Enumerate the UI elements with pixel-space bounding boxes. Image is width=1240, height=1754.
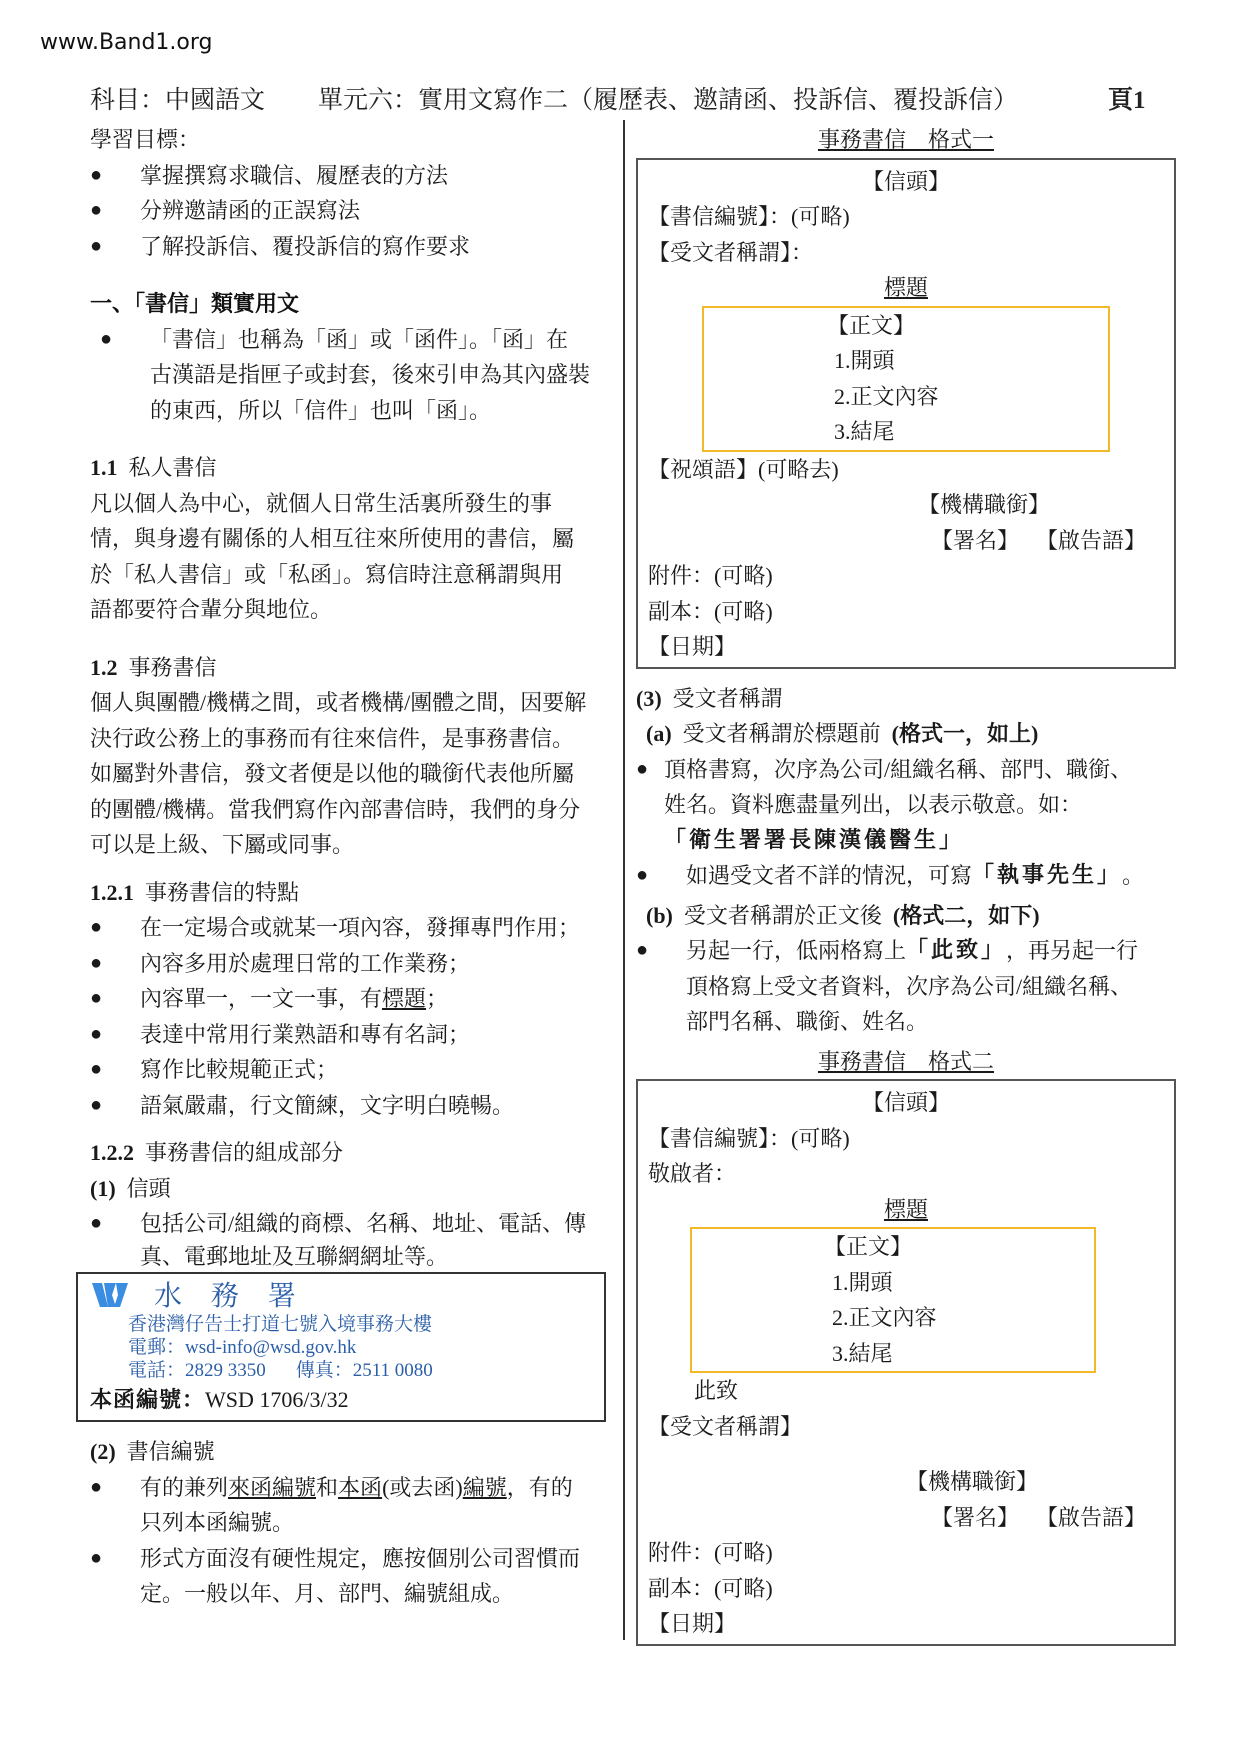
bullet-icon: ● bbox=[90, 981, 140, 1017]
p3-heading: (3) 受文者稱謂 bbox=[636, 681, 1176, 717]
format2-ref: 【書信編號】：(可略) bbox=[648, 1121, 1164, 1157]
s12-text: 的團體/機構。當我們寫作內部書信時，我們的身分 bbox=[90, 792, 610, 828]
pa-bullet: ●頂格書寫，次序為公司/組織名稱、部門、職銜、 bbox=[636, 752, 1176, 788]
format1-body-item: 2.正文內容 bbox=[704, 379, 1108, 415]
p2-text: 定。一般以年、月、部門、編號組成。 bbox=[90, 1576, 610, 1612]
s121-heading: 1.2.1 事務書信的特點 bbox=[90, 875, 610, 911]
letterhead-sample: 水 務 署 香港灣仔告士打道七號入境事務大樓 電郵：wsd-info@wsd.g… bbox=[76, 1272, 606, 1423]
letterhead-ref: 本函編號：WSD 1706/3/32 bbox=[90, 1384, 604, 1416]
format2-body-item: 3.結尾 bbox=[692, 1336, 1094, 1372]
format1-closing: 【祝頌語】(可略去) bbox=[648, 452, 1164, 488]
page-number: 頁1 bbox=[1108, 80, 1146, 116]
s122-heading: 1.2.2 事務書信的組成部分 bbox=[90, 1135, 610, 1171]
pa-text: 姓名。資料應盡量列出，以表示敬意。如： bbox=[636, 787, 1176, 823]
feature-item: ●寫作比較規範正式； bbox=[90, 1052, 610, 1088]
s11-heading: 1.1 私人書信 bbox=[90, 450, 610, 486]
letterhead-email: 電郵：wsd-info@wsd.gov.hk bbox=[90, 1336, 604, 1359]
bullet-icon: ● bbox=[90, 910, 140, 946]
format1-body-item: 3.結尾 bbox=[704, 414, 1108, 450]
s11-text: 凡以個人為中心，就個人日常生活裏所發生的事 bbox=[90, 486, 610, 522]
feature-item: ●在一定場合或就某一項內容，發揮專門作用； bbox=[90, 910, 610, 946]
bullet-icon: ● bbox=[90, 1470, 140, 1506]
site-url: www.Band1.org bbox=[40, 30, 213, 55]
bullet-icon: ● bbox=[90, 193, 140, 229]
objective-item: ●掌握撰寫求職信、履歷表的方法 bbox=[90, 158, 610, 194]
column-divider bbox=[623, 120, 625, 1640]
format2-body-title: 【正文】 bbox=[692, 1229, 1044, 1265]
bullet-icon: ● bbox=[636, 858, 686, 894]
bullet-icon: ● bbox=[90, 158, 140, 194]
format2-org-title: 【機構職銜】 bbox=[648, 1464, 1164, 1500]
bullet-icon: ● bbox=[90, 946, 140, 982]
p2-bullet: ●有的兼列來函編號和本函(或去函)編號，有的 bbox=[90, 1470, 610, 1506]
s12-text: 如屬對外書信，發文者便是以他的職銜代表他所屬 bbox=[90, 756, 610, 792]
format1-body-item: 1.開頭 bbox=[704, 343, 1108, 379]
p2-heading: (2) 書信編號 bbox=[90, 1434, 610, 1470]
p2-text: 只列本函編號。 bbox=[90, 1505, 610, 1541]
s11-text: 於「私人書信」或「私函」。寫信時注意稱謂與用 bbox=[90, 557, 610, 593]
feature-item: ●內容單一，一文一事，有標題； bbox=[90, 981, 610, 1017]
pb-heading: (b) 受文者稱謂於正文後 (格式二，如下) bbox=[636, 898, 1176, 934]
format1-body-title: 【正文】 bbox=[704, 308, 1038, 344]
pa-heading: (a) 受文者稱謂於標題前 (格式一，如上) bbox=[636, 716, 1176, 752]
section1-bullet: ●「書信」也稱為「函」或「函件」。「函」在 bbox=[90, 322, 610, 358]
format2-heading: 標題 bbox=[648, 1192, 1164, 1228]
format1-letterhead: 【信頭】 bbox=[648, 164, 1164, 200]
feature-item: ●語氣嚴肅，行文簡練，文字明白曉暢。 bbox=[90, 1088, 610, 1124]
format2-body-box: 【正文】 1.開頭 2.正文內容 3.結尾 bbox=[690, 1227, 1096, 1373]
bullet-icon: ● bbox=[90, 229, 140, 265]
pb-bullet: ●另起一行，低兩格寫上「此致」，再另起一行 bbox=[636, 933, 1176, 969]
objective-item: ●了解投訴信、覆投訴信的寫作要求 bbox=[90, 229, 610, 265]
p1-bullet: ●包括公司/組織的商標、名稱、地址、電話、傳 bbox=[90, 1206, 610, 1242]
bullet-icon: ● bbox=[90, 1052, 140, 1088]
pa-example: 「衛生署署長陳漢儀醫生」 bbox=[636, 823, 1176, 859]
format1-body-box: 【正文】 1.開頭 2.正文內容 3.結尾 bbox=[702, 306, 1110, 452]
format2-letterhead: 【信頭】 bbox=[648, 1085, 1164, 1121]
format2-recipient: 【受文者稱謂】 bbox=[648, 1409, 1164, 1445]
format2-signature-row: 【署名】【啟告語】 bbox=[648, 1500, 1164, 1536]
format2-closing: 此致 bbox=[648, 1373, 1164, 1409]
format2-salutation: 敬啟者： bbox=[648, 1156, 1164, 1192]
wsd-logo-icon bbox=[90, 1281, 130, 1309]
p1-heading: (1) 信頭 bbox=[90, 1171, 610, 1207]
letterhead-org-name: 水 務 署 bbox=[154, 1278, 306, 1314]
p2-bullet: ●形式方面沒有硬性規定，應按個別公司習慣而 bbox=[90, 1541, 610, 1577]
right-column: 事務書信 格式一 【信頭】 【書信編號】：(可略) 【受文者稱謂】： 標題 【正… bbox=[636, 122, 1176, 1646]
subject-label: 科目：中國語文 bbox=[90, 80, 265, 116]
pb-text: 部門名稱、職銜、姓名。 bbox=[636, 1004, 1176, 1040]
format1-org-title: 【機構職銜】 bbox=[648, 487, 1164, 523]
bullet-icon: ● bbox=[636, 752, 664, 788]
format2-title: 事務書信 格式二 bbox=[636, 1044, 1176, 1080]
format1-heading: 標題 bbox=[648, 270, 1164, 306]
left-column: 學習目標： ●掌握撰寫求職信、履歷表的方法 ●分辨邀請函的正誤寫法 ●了解投訴信… bbox=[90, 122, 610, 1612]
format2-body-item: 2.正文內容 bbox=[692, 1300, 1094, 1336]
objectives-title: 學習目標： bbox=[90, 122, 610, 158]
unit-title: 單元六：實用文寫作二（履歷表、邀請函、投訴信、覆投訴信） bbox=[318, 80, 1018, 116]
feature-item: ●表達中常用行業熟語和專有名詞； bbox=[90, 1017, 610, 1053]
section1-text: 古漢語是指匣子或封套，後來引申為其內盛裝 bbox=[90, 357, 610, 393]
objective-item: ●分辨邀請函的正誤寫法 bbox=[90, 193, 610, 229]
format1-recipient: 【受文者稱謂】： bbox=[648, 235, 1164, 271]
p1-text: 真、電郵地址及互聯網網址等。 bbox=[90, 1242, 610, 1272]
letterhead-phone-fax: 電話：2829 3350傳真：2511 0080 bbox=[90, 1359, 604, 1382]
format2-attachment: 附件：(可略) bbox=[648, 1535, 1164, 1571]
bullet-icon: ● bbox=[90, 1206, 140, 1242]
bullet-icon: ● bbox=[100, 322, 150, 358]
format1-frame: 【信頭】 【書信編號】：(可略) 【受文者稱謂】： 標題 【正文】 1.開頭 2… bbox=[636, 158, 1176, 669]
format1-ref: 【書信編號】：(可略) bbox=[648, 199, 1164, 235]
s11-text: 語都要符合輩分與地位。 bbox=[90, 592, 610, 628]
s11-text: 情，與身邊有關係的人相互往來所使用的書信，屬 bbox=[90, 521, 610, 557]
s12-text: 決行政公務上的事務而有往來信件，是事務書信。 bbox=[90, 721, 610, 757]
s12-text: 個人與團體/機構之間，或者機構/團體之間，因要解 bbox=[90, 685, 610, 721]
format2-copy: 副本：(可略) bbox=[648, 1571, 1164, 1607]
bullet-icon: ● bbox=[90, 1017, 140, 1053]
s12-text: 可以是上級、下屬或同事。 bbox=[90, 827, 610, 863]
letterhead-address: 香港灣仔告士打道七號入境事務大樓 bbox=[90, 1313, 604, 1336]
bullet-icon: ● bbox=[636, 933, 686, 969]
s12-heading: 1.2 事務書信 bbox=[90, 650, 610, 686]
bullet-icon: ● bbox=[90, 1088, 140, 1124]
format1-date: 【日期】 bbox=[648, 629, 1164, 665]
pa-bullet: ●如遇受文者不詳的情況，可寫「執事先生」。 bbox=[636, 858, 1176, 894]
bullet-icon: ● bbox=[90, 1541, 140, 1577]
format1-copy: 副本：(可略) bbox=[648, 594, 1164, 630]
section1-text: 的東西，所以「信件」也叫「函」。 bbox=[90, 393, 610, 429]
section1-title: 一、「書信」類實用文 bbox=[90, 286, 610, 322]
format1-signature-row: 【署名】【啟告語】 bbox=[648, 523, 1164, 559]
format1-title: 事務書信 格式一 bbox=[636, 122, 1176, 158]
feature-item: ●內容多用於處理日常的工作業務； bbox=[90, 946, 610, 982]
format2-date: 【日期】 bbox=[648, 1606, 1164, 1642]
format2-frame: 【信頭】 【書信編號】：(可略) 敬啟者： 標題 【正文】 1.開頭 2.正文內… bbox=[636, 1079, 1176, 1646]
pb-text: 頂格寫上受文者資料，次序為公司/組織名稱、 bbox=[636, 969, 1176, 1005]
format1-attachment: 附件：(可略) bbox=[648, 558, 1164, 594]
format2-body-item: 1.開頭 bbox=[692, 1265, 1094, 1301]
